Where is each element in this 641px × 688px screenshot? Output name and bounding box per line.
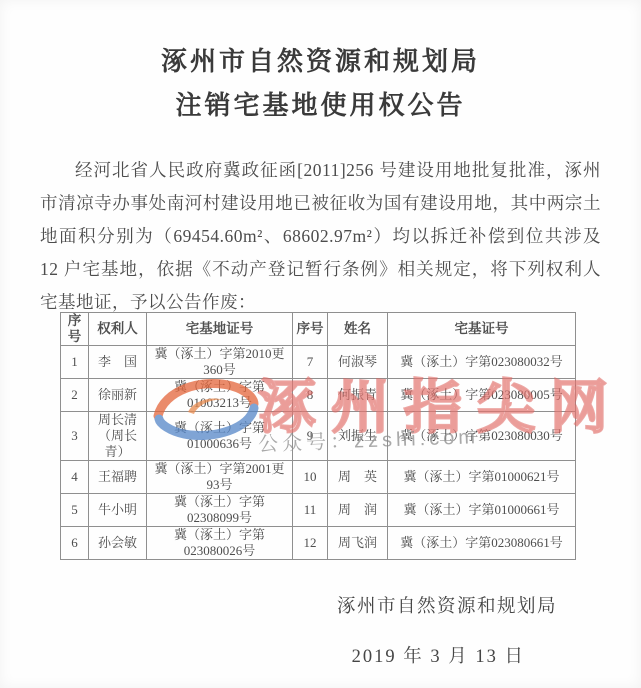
- name-cell: 牛小明: [89, 494, 147, 527]
- seq-cell: 12: [293, 527, 328, 560]
- seq-cell: 11: [293, 494, 328, 527]
- table-row: 6 孙会敏 冀（涿土）字第023080026号 12 周飞润 冀（涿土）字第02…: [61, 527, 576, 560]
- name-cell: 周 英: [328, 461, 388, 494]
- name-cell: 孙会敏: [89, 527, 147, 560]
- announcement-document: 涿州市自然资源和规划局 注销宅基地使用权公告 经河北省人民政府冀政征函[2011…: [0, 0, 641, 688]
- name-cell: 周 润: [328, 494, 388, 527]
- cert-cell: 冀（涿土）字第023080032号: [388, 346, 576, 379]
- cert-cell: 冀（涿土）字第02308099号: [147, 494, 293, 527]
- table-row: 1 李 国 冀（涿土）字第2010更360号 7 何淑琴 冀（涿土）字第0230…: [61, 346, 576, 379]
- cert-cell: 冀（涿土）字第2001更93号: [147, 461, 293, 494]
- name-cell: 何振青: [328, 379, 388, 412]
- cert-cell: 冀（涿土）字第01000661号: [388, 494, 576, 527]
- seq-cell: 6: [61, 527, 89, 560]
- name-cell: 何淑琴: [328, 346, 388, 379]
- title-line-1: 涿州市自然资源和规划局: [0, 40, 641, 84]
- table-row: 2 徐丽新 冀（涿土）字第01003213号 8 何振青 冀（涿土）字第0230…: [61, 379, 576, 412]
- seq-cell: 10: [293, 461, 328, 494]
- signature-date: 2019 年 3 月 13 日: [352, 642, 525, 668]
- cert-cell: 冀（涿土）字第023080026号: [147, 527, 293, 560]
- signature-org: 涿州市自然资源和规划局: [337, 592, 557, 618]
- header-seq-right: 序号: [293, 313, 328, 346]
- name-cell: 周长清（周长青）: [89, 412, 147, 461]
- name-cell: 王福聘: [89, 461, 147, 494]
- table-row: 3 周长清（周长青） 冀（涿土）字第01000636号 9 刘振生 冀（涿土）字…: [61, 412, 576, 461]
- table-header-row: 序号 权利人 宅基地证号 序号 姓名 宅基证号: [61, 313, 576, 346]
- homestead-cert-table: 序号 权利人 宅基地证号 序号 姓名 宅基证号 1 李 国 冀（涿土）字第201…: [60, 312, 576, 560]
- seq-cell: 1: [61, 346, 89, 379]
- name-cell: 徐丽新: [89, 379, 147, 412]
- body-paragraph: 经河北省人民政府冀政征函[2011]256 号建设用地批复批准，涿州市清凉寺办事…: [40, 154, 601, 319]
- table-row: 5 牛小明 冀（涿土）字第02308099号 11 周 润 冀（涿土）字第010…: [61, 494, 576, 527]
- page-title: 涿州市自然资源和规划局 注销宅基地使用权公告: [0, 40, 641, 128]
- title-line-2: 注销宅基地使用权公告: [0, 84, 641, 128]
- cert-cell: 冀（涿土）字第01000621号: [388, 461, 576, 494]
- header-rights-holder: 权利人: [89, 313, 147, 346]
- cert-cell: 冀（涿土）字第01003213号: [147, 379, 293, 412]
- name-cell: 李 国: [89, 346, 147, 379]
- cert-cell: 冀（涿土）字第023080030号: [388, 412, 576, 461]
- seq-cell: 4: [61, 461, 89, 494]
- name-cell: 刘振生: [328, 412, 388, 461]
- name-cell: 周飞润: [328, 527, 388, 560]
- seq-cell: 5: [61, 494, 89, 527]
- header-name-right: 姓名: [328, 313, 388, 346]
- header-seq-left: 序号: [61, 313, 89, 346]
- header-cert-left: 宅基地证号: [147, 313, 293, 346]
- cert-cell: 冀（涿土）字第023080661号: [388, 527, 576, 560]
- seq-cell: 3: [61, 412, 89, 461]
- seq-cell: 8: [293, 379, 328, 412]
- header-cert-right: 宅基证号: [388, 313, 576, 346]
- cert-cell: 冀（涿土）字第2010更360号: [147, 346, 293, 379]
- seq-cell: 7: [293, 346, 328, 379]
- cert-cell: 冀（涿土）字第023080005号: [388, 379, 576, 412]
- seq-cell: 2: [61, 379, 89, 412]
- table-row: 4 王福聘 冀（涿土）字第2001更93号 10 周 英 冀（涿土）字第0100…: [61, 461, 576, 494]
- cert-cell: 冀（涿土）字第01000636号: [147, 412, 293, 461]
- seq-cell: 9: [293, 412, 328, 461]
